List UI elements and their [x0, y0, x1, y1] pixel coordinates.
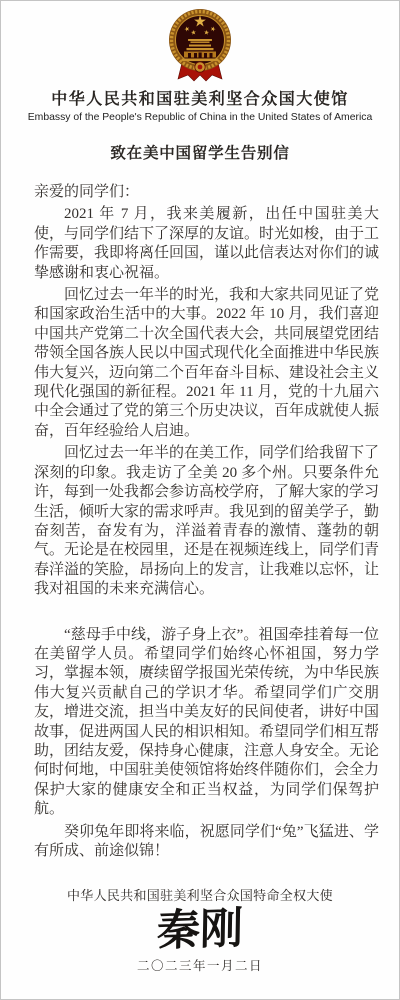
paragraph-2: 回忆过去一年半的时光，我和大家共同见证了党和国家政治生活中的大事。2022 年 …: [34, 286, 379, 441]
paragraph-4: “慈母手中线，游子身上衣”。祖国牵挂着每一位在美留学人员。希望同学们始终心怀祖国…: [34, 626, 379, 820]
letter-date: 二〇二三年一月二日: [1, 958, 399, 974]
paragraph-5: 癸卯兔年即将来临，祝愿同学们“兔”飞猛进、学有所成、前途似锦！: [34, 823, 379, 862]
closing-block: 中华人民共和国驻美利坚合众国特命全权大使 秦刚 二〇二三年一月二日: [1, 887, 399, 974]
letter-title: 致在美中国留学生告别信: [1, 144, 399, 164]
salutation: 亲爱的同学们：: [34, 183, 379, 202]
paragraph-1: 2021 年 7 月，我来美履新，出任中国驻美大使，与同学们结下了深厚的友谊。时…: [34, 205, 379, 283]
letter-body: 亲爱的同学们： 2021 年 7 月，我来美履新，出任中国驻美大使，与同学们结下…: [1, 183, 399, 861]
org-name-cn: 中华人民共和国驻美利坚合众国大使馆: [1, 90, 399, 109]
letter-document: 中华人民共和国驻美利坚合众国大使馆 Embassy of the People'…: [0, 0, 400, 1000]
paragraph-3: 回忆过去一年半的在美工作，同学们给我留下了深刻的印象。我走访了全美 20 多个州…: [34, 444, 379, 599]
org-name-en: Embassy of the People's Republic of Chin…: [1, 111, 399, 124]
china-national-emblem-icon: [168, 5, 232, 83]
ambassador-title: 中华人民共和国驻美利坚合众国特命全权大使: [1, 887, 399, 904]
signature: 秦刚: [157, 906, 244, 957]
letter-header: 中华人民共和国驻美利坚合众国大使馆 Embassy of the People'…: [1, 1, 399, 164]
